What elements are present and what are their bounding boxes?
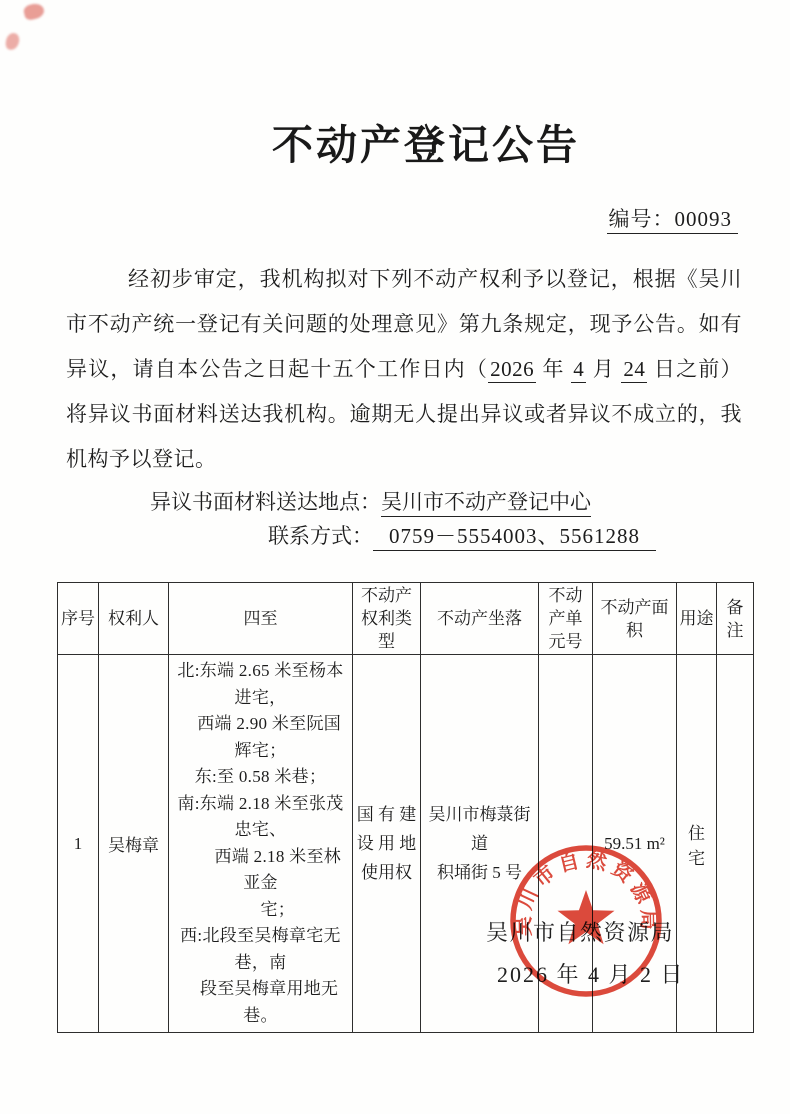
table-header-row: 序号 权利人 四至 不动产权利类型 不动产坐落 不动产单元号 不动产面积 用途 … xyxy=(58,583,754,655)
deadline-year: 2026 xyxy=(488,357,536,383)
contact-line: 联系方式：0759－5554003、5561288 xyxy=(66,519,742,553)
deadline-day: 24 xyxy=(621,357,647,383)
doc-number: 编号：00093 xyxy=(607,207,739,234)
deadline-month: 4 xyxy=(571,357,586,383)
page-title: 不动产登记公告 xyxy=(88,112,764,171)
column-header-unit-no: 不动产单元号 xyxy=(539,583,593,655)
column-header-holder: 权利人 xyxy=(99,583,169,655)
doc-number-value: 00093 xyxy=(675,207,733,231)
doc-number-line: 编号：00093 xyxy=(66,203,742,233)
notice-paragraph: 经初步审定，我机构拟对下列不动产权利予以登记，根据《吴川市不动产统一登记有关问题… xyxy=(66,257,742,482)
cell-boundaries: 北:东端 2.65 米至杨本进宅， 西端 2.90 米至阮国辉宅； 东:至 0.… xyxy=(169,655,353,1033)
address-value: 吴川市不动产登记中心 xyxy=(381,490,591,517)
doc-number-label: 编号： xyxy=(609,207,675,231)
official-seal-icon: 吴川市自然资源局 xyxy=(506,841,666,1001)
notice-text: 年 xyxy=(536,357,571,381)
address-label: 异议书面材料送达地点： xyxy=(150,490,381,514)
cell-holder: 吴梅章 xyxy=(99,655,169,1033)
cell-right-type: 国 有 建 设 用 地 使用权 xyxy=(353,655,421,1033)
column-header-boundaries: 四至 xyxy=(169,583,353,655)
document-page: 不动产登记公告 编号：00093 经初步审定，我机构拟对下列不动产权利予以登记，… xyxy=(0,0,790,1114)
column-header-location: 不动产坐落 xyxy=(421,583,539,655)
cell-seq: 1 xyxy=(58,655,99,1033)
contact-label: 联系方式： xyxy=(268,524,373,548)
notice-text: 月 xyxy=(586,357,621,381)
stamp-fragment-icon xyxy=(5,32,20,51)
column-header-seq: 序号 xyxy=(58,583,99,655)
address-line: 异议书面材料送达地点：吴川市不动产登记中心 xyxy=(66,485,742,519)
column-header-usage: 用途 xyxy=(677,583,717,655)
stamp-fragment-icon xyxy=(22,2,45,21)
contact-value: 0759－5554003、5561288 xyxy=(373,524,656,551)
seal-star-icon xyxy=(558,890,615,944)
column-header-right-type: 不动产权利类型 xyxy=(353,583,421,655)
column-header-area: 不动产面积 xyxy=(593,583,677,655)
column-header-remark: 备注 xyxy=(717,583,754,655)
cell-remark xyxy=(717,655,754,1033)
